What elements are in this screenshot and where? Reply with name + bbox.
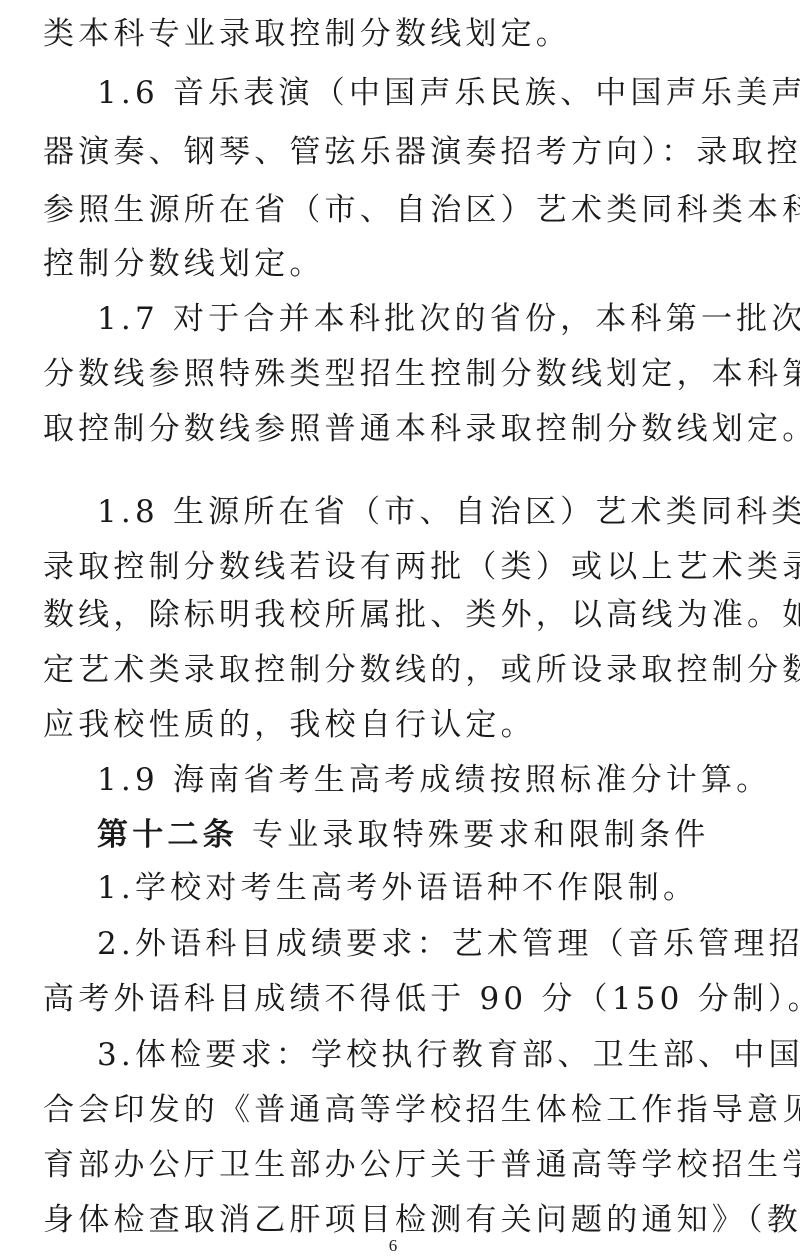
- paragraph-1-8: 1.8 生源所在省（市、自治区）艺术类同科类本科专业: [97, 492, 753, 532]
- text-line: 身体检查取消乙肝项目检测有关问题的通知》（教学厅: [43, 1200, 753, 1240]
- text-line: 数线，除标明我校所属批、类外，以高线为准。如果有不设: [43, 595, 753, 635]
- text-line: 类本科专业录取控制分数线划定。: [43, 14, 753, 54]
- text-line: 取控制分数线参照普通本科录取控制分数线划定。: [43, 409, 753, 449]
- text-line: 器演奏、钢琴、管弦乐器演奏招考方向）：录取控制分数线: [43, 132, 753, 172]
- article-number: 第十二条: [97, 817, 238, 853]
- text-line: 高考外语科目成绩不得低于 90 分（150 分制）。: [43, 979, 753, 1019]
- item-2: 2.外语科目成绩要求：艺术管理（音乐管理招考方向）: [97, 924, 753, 964]
- paragraph-1-7: 1.7 对于合并本科批次的省份，本科第一批次录取控制: [97, 299, 753, 339]
- text-line: 分数线参照特殊类型招生控制分数线划定，本科第二批次录: [43, 354, 753, 394]
- page-number: 6: [0, 1236, 786, 1256]
- paragraph-1-6: 1.6 音乐表演（中国声乐民族、中国声乐美声、中国乐: [97, 73, 753, 113]
- text-line: 录取控制分数线若设有两批（类）或以上艺术类录取控制分: [43, 547, 753, 587]
- article-title: 专业录取特殊要求和限制条件: [252, 817, 710, 853]
- text-line: 定艺术类录取控制分数线的，或所设录取控制分数线不能对: [43, 650, 753, 690]
- text-line: 参照生源所在省（市、自治区）艺术类同科类本科专业录取: [43, 190, 753, 230]
- document-page: 类本科专业录取控制分数线划定。 1.6 音乐表演（中国声乐民族、中国声乐美声、中…: [0, 0, 800, 1260]
- item-1: 1.学校对考生高考外语语种不作限制。: [97, 868, 753, 908]
- article-12-heading-line: 第十二条 专业录取特殊要求和限制条件: [97, 815, 753, 855]
- text-line: 控制分数线划定。: [43, 244, 753, 284]
- text-line: 育部办公厅卫生部办公厅关于普通高等学校招生学生入学: [43, 1145, 753, 1185]
- paragraph-1-9: 1.9 海南省考生高考成绩按照标准分计算。: [97, 760, 753, 800]
- text-line: 合会印发的《普通高等学校招生体检工作指导意见》和《教: [43, 1090, 753, 1130]
- item-3: 3.体检要求：学校执行教育部、卫生部、中国残疾人联: [97, 1035, 753, 1075]
- text-line: 应我校性质的，我校自行认定。: [43, 705, 753, 745]
